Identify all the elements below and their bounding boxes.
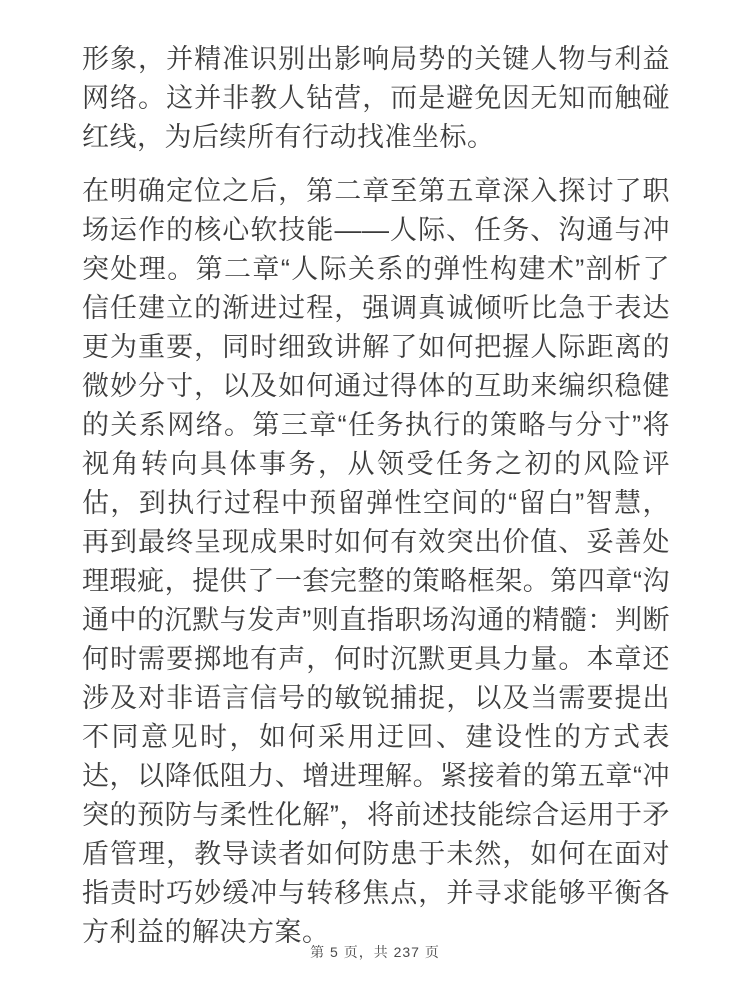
document-page: 形象，并精准识别出影响局势的关键人物与利益网络。这并非教人钻营，而是避免因无知而… [0,0,750,1000]
paragraph-chapter-overview: 在明确定位之后，第二章至第五章深入探讨了职场运作的核心软技能——人际、任务、沟通… [82,172,670,952]
page-text-area: 形象，并精准识别出影响局势的关键人物与利益网络。这并非教人钻营，而是避免因无知而… [82,40,670,967]
page-number-footer: 第 5 页，共 237 页 [0,942,750,962]
paragraph-continuation: 形象，并精准识别出影响局势的关键人物与利益网络。这并非教人钻营，而是避免因无知而… [82,40,670,157]
